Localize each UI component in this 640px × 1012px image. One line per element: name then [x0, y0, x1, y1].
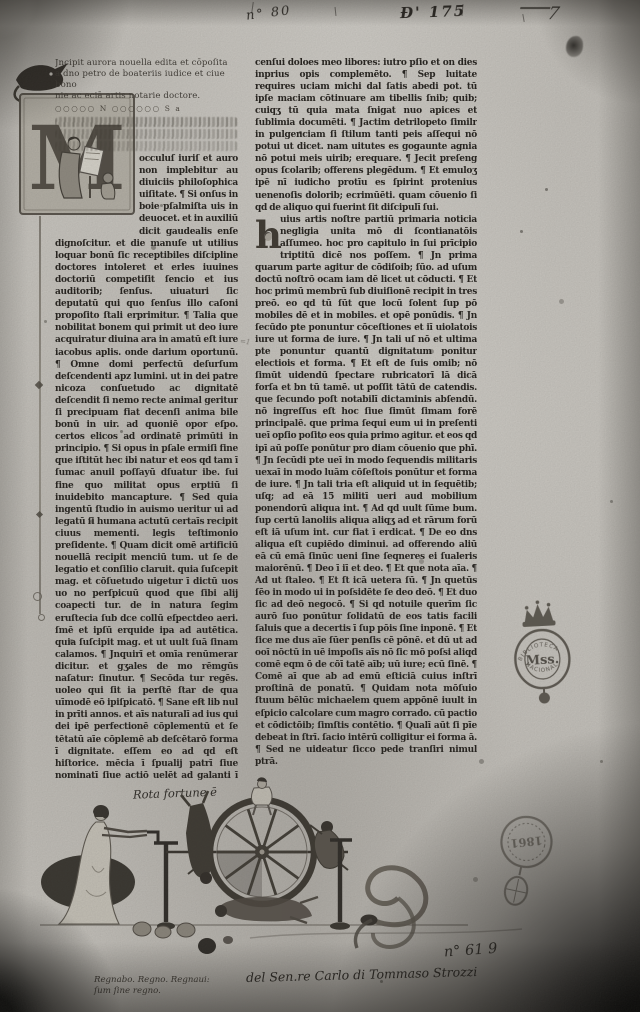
figure-falling-left [181, 791, 213, 884]
manuscript-page-photo: n° 80 Đ' 175 7 =1 M Jncipit [0, 0, 640, 1012]
flourish-ringlet [38, 614, 45, 621]
stamp-center-label: Mss. [525, 652, 559, 669]
flourish-diamond [35, 381, 43, 389]
motto-line-1: Regnabo. Regno. Regnaui: [93, 975, 210, 985]
rubric-filler-penwork: ○○○○○ N ○○○○○○ S a [55, 102, 238, 115]
scratch-mark [522, 14, 524, 22]
penwork-flourish [55, 141, 238, 151]
margin-flourish [39, 216, 41, 614]
crank-post [147, 832, 178, 930]
initial-face [264, 232, 272, 241]
right-column-text-2: huius artis noſtre partiū primaria notic… [255, 214, 477, 768]
provenance-inscription: del Sen.re Carlo di Tommaso Strozzi [246, 964, 478, 985]
ink-blot [566, 36, 583, 57]
figure-on-top [251, 777, 272, 815]
wheel [210, 800, 314, 904]
bottom-number-mark: n° 61 9 [443, 941, 497, 961]
flourish-diamond [36, 511, 43, 518]
left-column-text: occuluſ iuriſ et auro non implebitur au … [55, 153, 238, 780]
left-text-column: Jncipit aurora nouella edita et cōpoſita… [55, 58, 238, 780]
right-column-text-1: cenſui doloes meo libores: iutro pſio et… [255, 57, 477, 214]
shelfmark: Đ' 175 [400, 2, 467, 22]
motto-line-2: ſum ſine regno. [93, 986, 161, 996]
margin-mark: =1 [240, 337, 251, 346]
rubric-line-3: nie ac eciā artis notarie doctore. [55, 91, 238, 102]
library-stamp-mss: BIBLIOTECA NACIONAL Mss. [499, 595, 587, 709]
crown-icon [521, 600, 555, 627]
wheel-of-fortune-drawing: Rota fortune ē [0, 770, 640, 1012]
rubric-line-1: Jncipit aurora nouella edita et cōpoſita [55, 58, 238, 69]
scratch-mark [335, 7, 337, 16]
penwork-flourish [55, 129, 238, 139]
stones [133, 922, 233, 954]
decorated-initial-h: h [255, 214, 280, 259]
flourish-ringlet [33, 592, 42, 601]
right-text-column: cenſui doloes meo libores: iutro pſio et… [255, 57, 477, 809]
rubric-line-2: a dno petro de boateriis iudice et ciue … [55, 69, 238, 91]
penwork-flourish [55, 117, 238, 127]
corner-foliation-mark: 7 [546, 4, 561, 24]
fortuna-hair [93, 805, 109, 818]
figure-fallen-bottom [215, 897, 318, 923]
